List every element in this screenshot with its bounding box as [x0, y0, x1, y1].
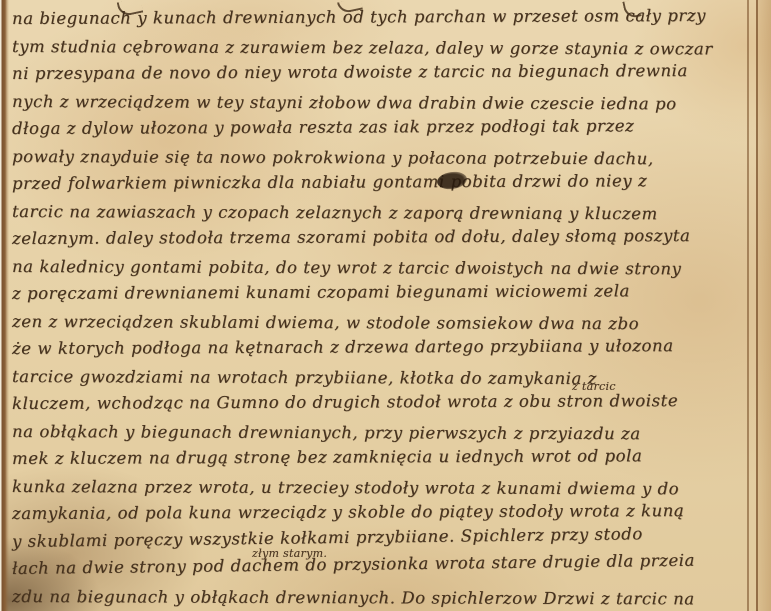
manuscript-line: przed folwarkiem piwniczka dla nabiału g…	[12, 167, 745, 198]
manuscript-page: na biegunach y kunach drewnianych od tyc…	[0, 0, 771, 611]
manuscript-line: zdu na biegunach y obłąkach drewnianych.…	[12, 583, 745, 611]
manuscript-line: na biegunach y kunach drewnianych od tyc…	[12, 2, 745, 33]
manuscript-line: kluczem, wchodząc na Gumno do drugich st…	[12, 387, 745, 418]
manuscript-line: z poręczami drewnianemi kunami czopami b…	[12, 277, 745, 308]
page-binding-edge	[0, 0, 9, 611]
page-right-edge	[758, 0, 771, 611]
interlinear-insertion: złym starym.	[252, 547, 327, 560]
margin-rule-line	[756, 0, 758, 611]
manuscript-line: że w ktorych podłoga na kętnarach z drze…	[12, 332, 745, 363]
interlinear-insertion: z tarcic	[572, 380, 616, 393]
manuscript-line: mek z kluczem na drugą stronę bez zamkni…	[12, 442, 745, 473]
manuscript-line: zelaznym. daley stodoła trzema szorami p…	[12, 222, 745, 253]
margin-rule-line	[747, 0, 749, 611]
manuscript-line: ni przesypana de novo do niey wrota dwoi…	[12, 57, 745, 88]
manuscript-line: dłoga z dylow ułozona y powała reszta za…	[12, 112, 745, 143]
manuscript-text-block: na biegunach y kunach drewnianych od tyc…	[12, 5, 745, 610]
